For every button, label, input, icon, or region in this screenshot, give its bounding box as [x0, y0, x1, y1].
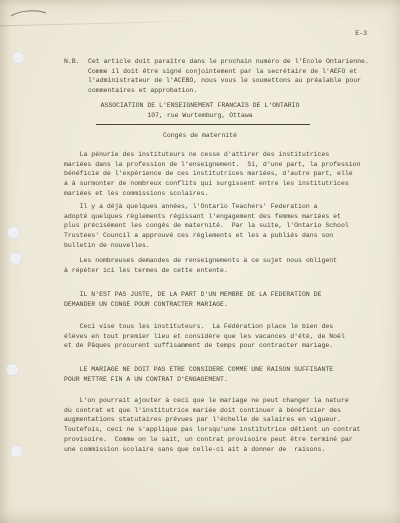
- nb-note: N.B. Cet article doit paraître dans le p…: [64, 57, 369, 96]
- punch-hole-3: [9, 252, 22, 265]
- punch-hole-4: [6, 363, 19, 376]
- separator-rule: [96, 124, 310, 125]
- paper-crease: [0, 21, 190, 27]
- paragraph-vacances: Ceci vise tous les instituteurs. La Fédé…: [64, 322, 345, 351]
- document-title: Congés de maternité: [0, 131, 400, 141]
- org-name: ASSOCIATION DE L'ENSEIGNEMENT FRANCAIS D…: [0, 101, 400, 111]
- paragraph-penurie: La pénurie des instituteurs ne cesse d'a…: [64, 150, 360, 199]
- punch-hole-1: [12, 51, 25, 64]
- paragraph-demandes: Les nombreuses demandes de renseignement…: [64, 256, 337, 275]
- paragraph-regle-contrat: LE MARIAGE NE DOIT PAS ETRE CONSIDERE CO…: [64, 365, 333, 384]
- paragraph-otf-reglements: Il y a déjà quelques années, l'Ontario T…: [64, 202, 349, 251]
- org-address: 107, rue Wurtemburg, Ottawa: [0, 111, 400, 121]
- page-number: E-3: [355, 29, 367, 39]
- staple-mark: [9, 6, 49, 20]
- punch-hole-5: [10, 445, 23, 458]
- paragraph-contrat-provisoire: L'on pourrait ajouter à ceci que le mari…: [64, 396, 360, 454]
- document-page: E-3 N.B. Cet article doit paraître dans …: [0, 0, 400, 523]
- punch-hole-2: [7, 226, 20, 239]
- nb-text: Cet article doit paraître dans le procha…: [88, 57, 369, 96]
- paragraph-regle-conge-mariage: IL N'EST PAS JUSTE, DE LA PART D'UN MEMB…: [64, 290, 321, 309]
- nb-label: N.B.: [64, 57, 88, 96]
